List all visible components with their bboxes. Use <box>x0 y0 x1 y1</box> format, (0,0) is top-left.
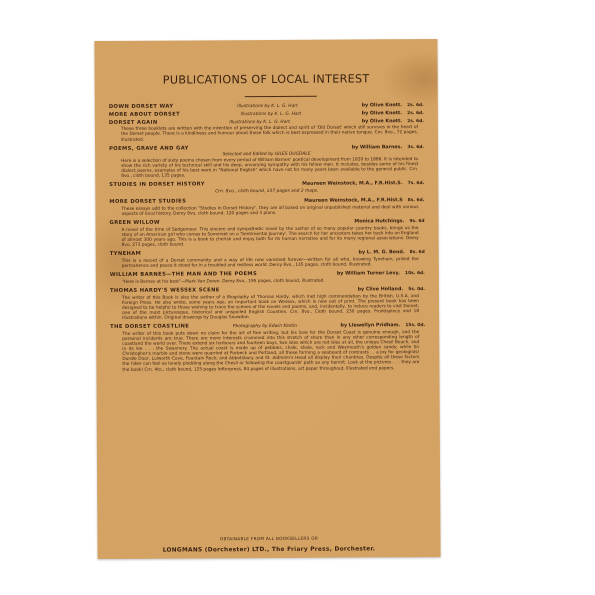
illustrator-credit <box>160 222 354 223</box>
book-title: GREEN WILLOW <box>110 219 161 226</box>
book-back-cover: PUBLICATIONS OF LOCAL INTEREST DOWN DORS… <box>94 39 440 559</box>
book-price: 8s. 6d. <box>408 198 425 205</box>
publication-entry: STUDIES IN DORSET HISTORY Maureen Weinst… <box>109 180 424 195</box>
book-title: DORSET AGAIN <box>109 119 158 126</box>
book-price: 3s. 6d. <box>407 145 424 152</box>
book-price: 7s. 6d. <box>408 181 425 188</box>
book-title: STUDIES IN DORSET HISTORY <box>109 182 205 189</box>
publication-entry: DORSET AGAIN Illustrations by K. L. G. H… <box>109 118 424 143</box>
illustrator-credit <box>220 290 358 291</box>
book-title: WILLIAM BARNES—THE MAN AND THE POEMS <box>110 271 257 279</box>
footer-obtainable: OBTAINABLE FROM ALL BOOKSELLERS OR <box>97 535 440 542</box>
book-author: by William Barnes. <box>352 145 403 152</box>
publication-entry: POEMS, GRAVE AND GAY by William Barnes. … <box>109 144 424 180</box>
book-description: The writer of this book puts down no cla… <box>110 330 425 373</box>
illustrator-credit <box>186 202 304 203</box>
book-title: DOWN DORSET WAY <box>109 104 174 111</box>
illustrator-credit: Illustrations by K. L. G. Hart <box>173 103 361 111</box>
publication-entry: WILLIAM BARNES—THE MAN AND THE POEMS by … <box>110 270 425 285</box>
publication-entry: THE DORSET COASTLINE Photography by Edwi… <box>110 322 425 372</box>
publication-entry: MORE DORSET STUDIES Maureen Weinstock, M… <box>109 197 424 217</box>
publication-entry: THOMAS HARDY'S WESSEX SCENE by Clive Hol… <box>110 286 425 321</box>
publication-entry: GREEN WILLOW Monica Hutchings. 9s. 6d A … <box>110 218 425 248</box>
book-title: TYNEHAM <box>110 251 142 258</box>
book-title: MORE DORSET STUDIES <box>109 198 186 205</box>
book-author: by Olive Knott. <box>362 103 403 110</box>
illustrator-credit <box>205 185 302 186</box>
book-price: 8s. 6d <box>410 250 425 257</box>
book-title: THOMAS HARDY'S WESSEX SCENE <box>110 287 220 294</box>
book-author: by L. M. G. Bond. <box>359 250 405 257</box>
book-price: 15s. 0d. <box>405 323 425 330</box>
book-author: by Olive Knott. <box>362 111 403 118</box>
book-price: 5s. 0d. <box>408 287 425 294</box>
book-author: by William Turner Levy. <box>337 271 400 278</box>
footer-publisher: LONGMANS (Dorchester) LTD., The Friary P… <box>98 546 441 554</box>
book-author: Monica Hutchings. <box>354 219 404 226</box>
illustrator-credit: Illustrations by K. L. G. Hart <box>180 111 362 119</box>
book-price: 10s. 6d. <box>405 271 425 278</box>
publication-list: DOWN DORSET WAY Illustrations by K. L. G… <box>109 102 426 376</box>
book-title: POEMS, GRAVE AND GAY <box>109 145 189 152</box>
book-price: 2s. 6d. <box>407 103 424 110</box>
book-description: A novel of the time of Sedgemoor. This s… <box>110 226 425 248</box>
publication-entry: TYNEHAM by L. M. G. Bond. 8s. 6d This is… <box>110 249 425 269</box>
book-price: 9s. 6d <box>409 219 424 226</box>
book-description: The writer of this Book is also the auth… <box>110 294 425 321</box>
book-title: MORE ABOUT DORSET <box>109 111 180 118</box>
book-description: "Here is Barnes at his best"—Mark Van Do… <box>110 278 425 285</box>
illustrator-credit <box>141 253 358 254</box>
book-description: These essays add to the collection "Stud… <box>109 205 424 217</box>
book-subtitle: Crn. 8vo., cloth bound, 137 pages and 2 … <box>109 188 424 196</box>
book-title: THE DORSET COASTLINE <box>110 324 189 331</box>
book-description: This is a record of a Dorset community a… <box>110 257 425 269</box>
book-author: by Clive Holland. <box>358 287 404 294</box>
page-title: PUBLICATIONS OF LOCAL INTEREST <box>95 72 438 87</box>
book-description: These three booklets are written with th… <box>109 125 424 142</box>
book-price: 2s. 6d. <box>407 111 424 118</box>
title-divider <box>245 96 317 97</box>
illustrator-credit <box>189 148 352 149</box>
book-description: Here is a selection of sixty poems chose… <box>109 157 424 179</box>
